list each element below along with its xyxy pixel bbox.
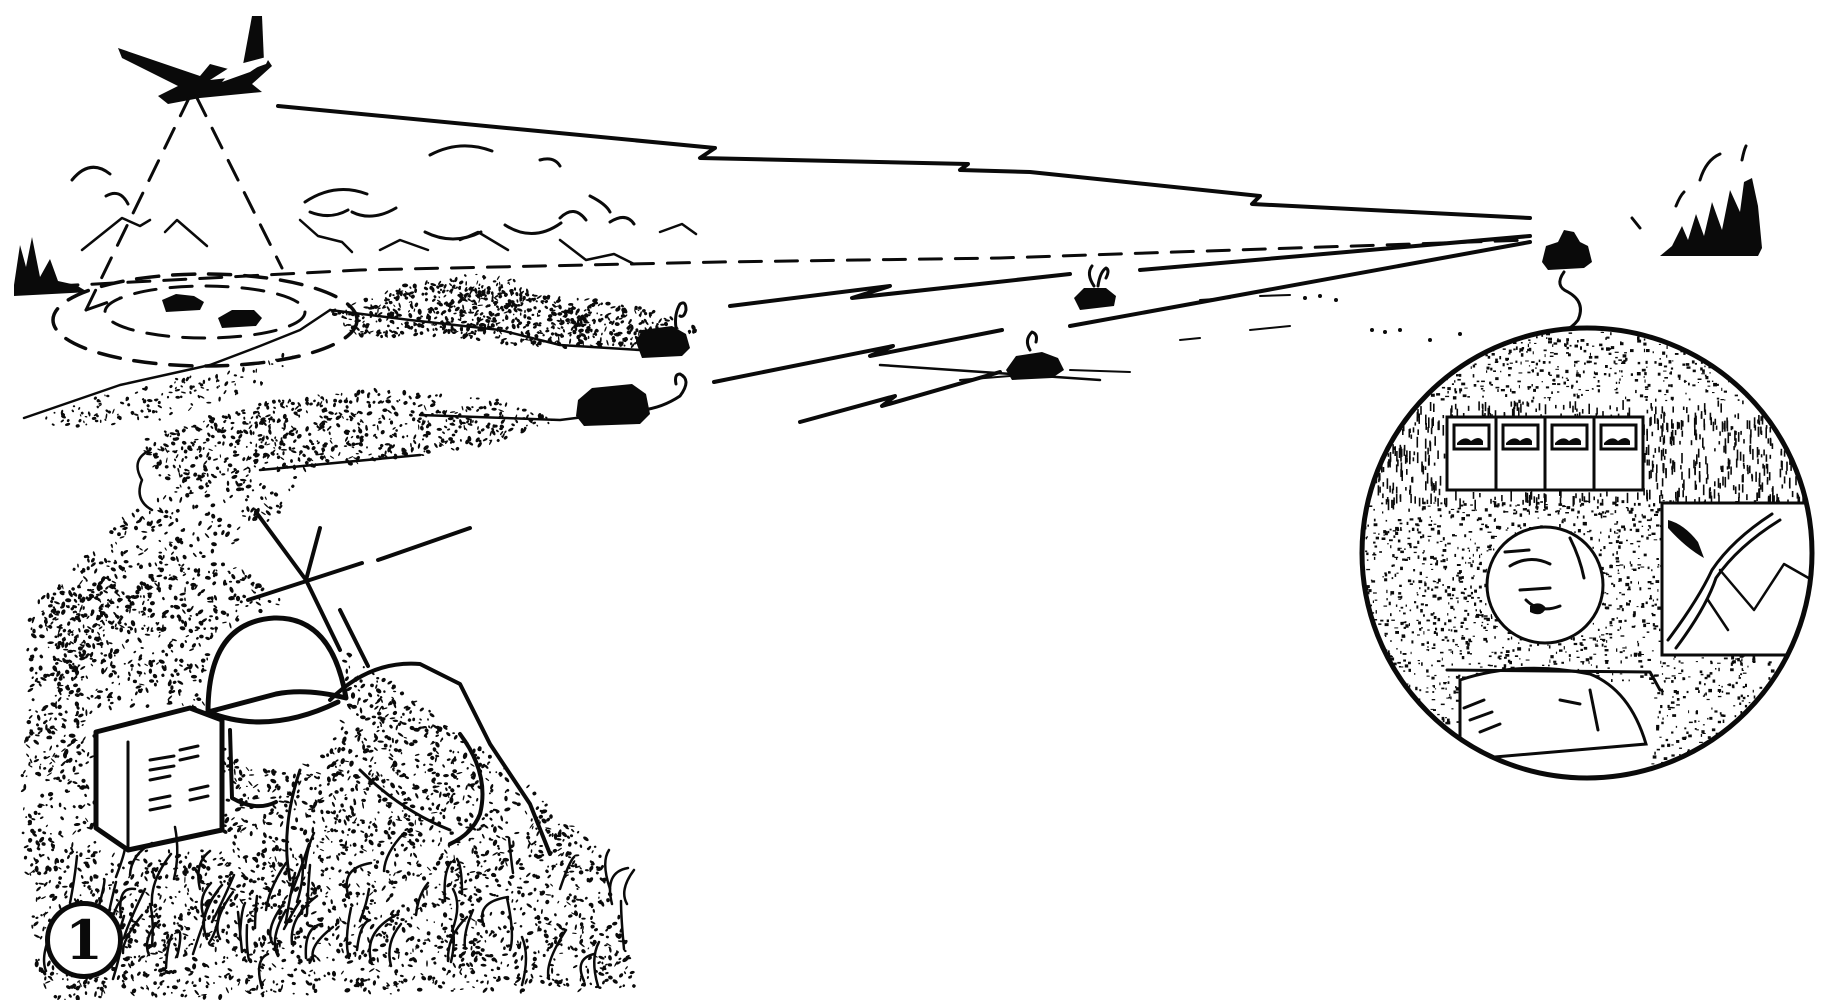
control-room-inset	[1362, 328, 1812, 778]
aircraft-link	[278, 106, 1530, 218]
radio-vehicle-c	[1074, 266, 1116, 310]
field-dots	[1303, 294, 1462, 342]
hedgerow-foliage	[20, 274, 697, 1000]
monitor-screen	[1454, 425, 1489, 449]
target-vehicle-2	[218, 310, 262, 328]
radar-scope	[1447, 503, 1647, 673]
radio-links	[248, 106, 1530, 600]
target-vehicle-1	[162, 294, 204, 312]
soldier-link	[248, 528, 470, 600]
command-post-vehicle	[1542, 230, 1592, 270]
figure-number: 1	[65, 913, 103, 967]
sky-clouds	[72, 146, 634, 239]
terrain-map	[1662, 503, 1812, 655]
radar-footprint	[53, 274, 357, 366]
aircraft-icon	[118, 16, 272, 104]
left-treeline	[14, 237, 90, 296]
helmet-icon	[208, 618, 346, 712]
horizon-line	[20, 240, 1530, 288]
monitor-bank	[1447, 417, 1643, 490]
vehicle-b-link	[714, 330, 1002, 382]
radio-vehicle-b	[576, 374, 686, 426]
soldier-body	[330, 610, 550, 854]
mountain-ridge	[82, 218, 696, 264]
illustration-canvas	[0, 0, 1822, 1000]
figure-number-badge: 1	[45, 901, 123, 979]
right-treeline	[1660, 178, 1762, 256]
radio-set	[96, 708, 222, 850]
lower-link	[800, 372, 1000, 422]
vehicle-a-link	[730, 274, 1070, 306]
antenna	[256, 512, 340, 650]
